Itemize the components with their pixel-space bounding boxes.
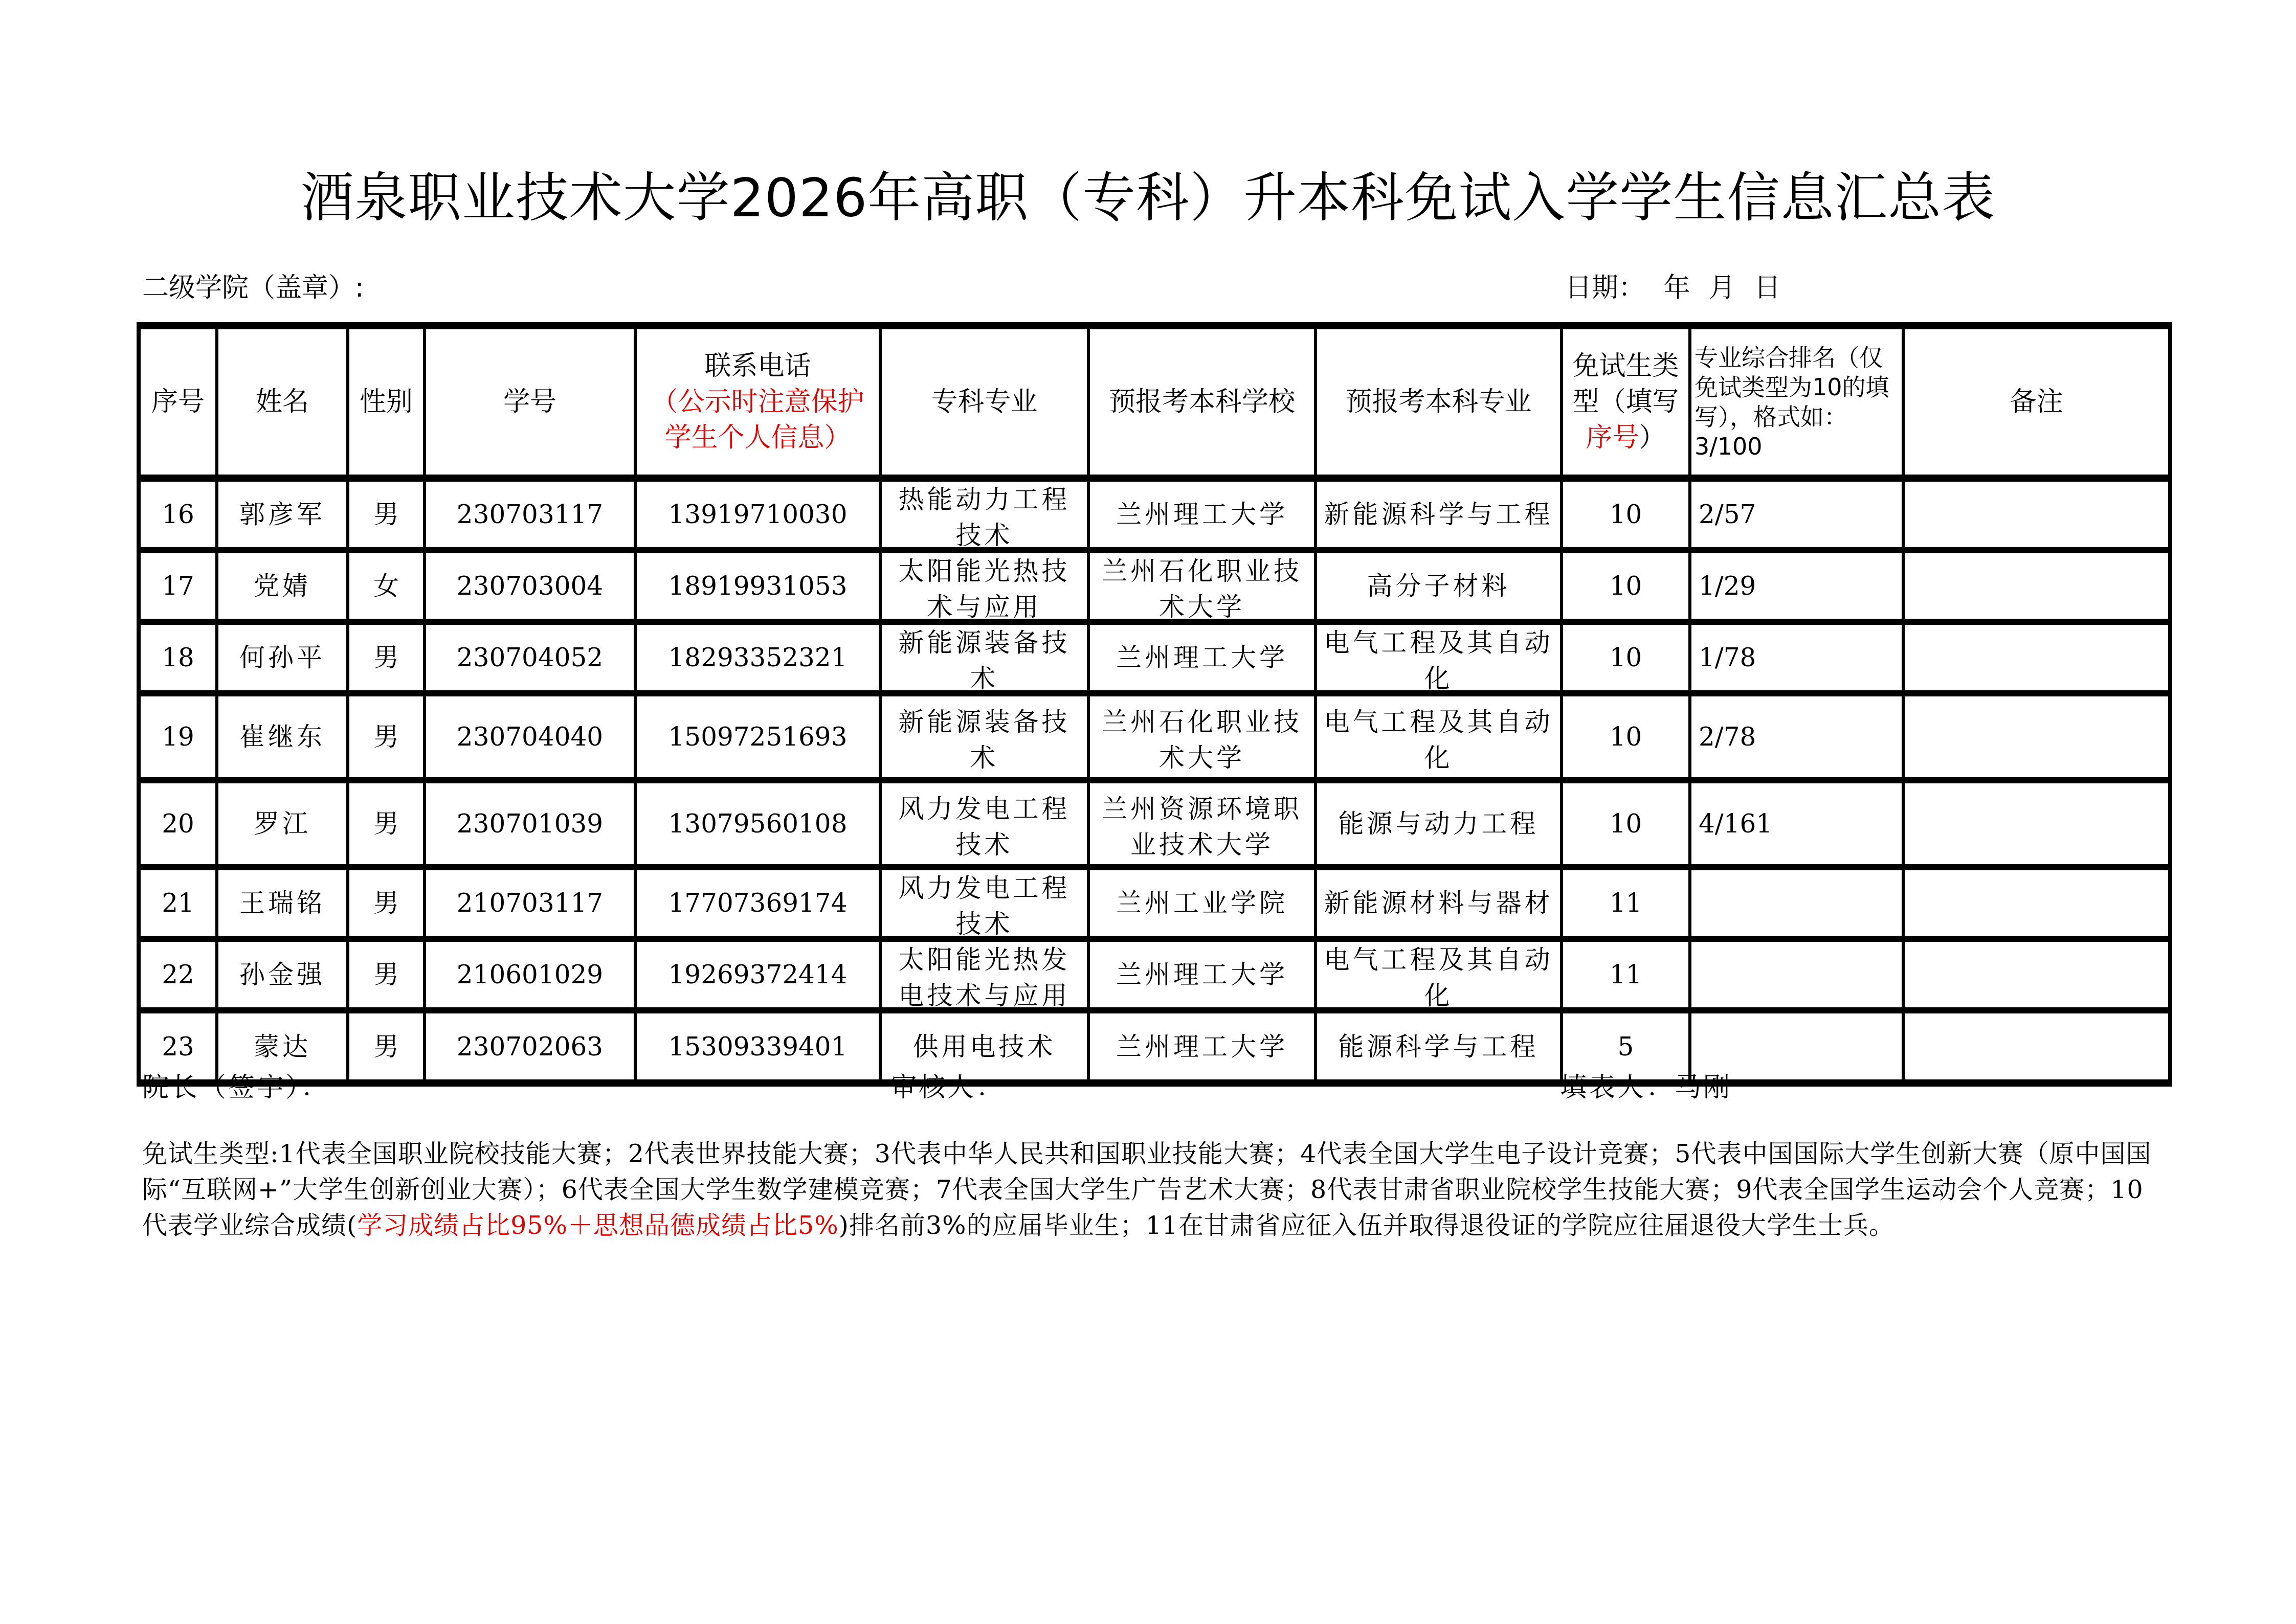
- table-row: 22 孙金强 男 210601029 19269372414 太阳能光热发电技术…: [139, 939, 2170, 1010]
- cell-major: 风力发电工程技术: [880, 867, 1088, 939]
- college-seal-label: 二级学院（盖章）:: [142, 270, 364, 306]
- cell-phone: 15309339401: [635, 1010, 880, 1083]
- cell-target-school: 兰州工业学院: [1088, 867, 1316, 939]
- cell-target-major: 高分子材料: [1316, 550, 1562, 622]
- cell-target-major: 能源与动力工程: [1316, 780, 1562, 867]
- cell-remarks: [1903, 622, 2170, 693]
- cell-gender: 男: [348, 780, 425, 867]
- header-ranking: 专业综合排名（仅免试类型为10的填写），格式如：3/100: [1690, 326, 1903, 478]
- cell-target-school: 兰州理工大学: [1088, 478, 1316, 550]
- cell-remarks: [1903, 550, 2170, 622]
- student-info-table: 序号 姓名 性别 学号 联系电话 （公示时注意保护学生个人信息） 专科专业 预报…: [137, 322, 2172, 1087]
- cell-target-major: 电气工程及其自动化: [1316, 693, 1562, 780]
- cell-target-school: 兰州资源环境职业技术大学: [1088, 780, 1316, 867]
- cell-target-major: 新能源科学与工程: [1316, 478, 1562, 550]
- cell-remarks: [1903, 867, 2170, 939]
- cell-seq: 21: [139, 867, 217, 939]
- header-exempt-type: 免试生类型（填写序号）: [1562, 326, 1690, 478]
- header-phone-label: 联系电话: [640, 348, 876, 384]
- cell-gender: 男: [348, 622, 425, 693]
- cell-student-id: 230704052: [425, 622, 635, 693]
- cell-student-id: 210601029: [425, 939, 635, 1010]
- header-exempt-type-label: 免试生类型（填写: [1572, 351, 1679, 417]
- header-major: 专科专业: [880, 326, 1088, 478]
- cell-gender: 女: [348, 550, 425, 622]
- header-phone: 联系电话 （公示时注意保护学生个人信息）: [635, 326, 880, 478]
- cell-major: 太阳能光热发电技术与应用: [880, 939, 1088, 1010]
- cell-exempt-type: 10: [1562, 478, 1690, 550]
- header-exempt-type-close: ）: [1639, 422, 1666, 453]
- cell-ranking: 1/29: [1690, 550, 1903, 622]
- header-name: 姓名: [217, 326, 348, 478]
- table-row: 23 蒙达 男 230702063 15309339401 供用电技术 兰州理工…: [139, 1010, 2170, 1083]
- cell-phone: 15097251693: [635, 693, 880, 780]
- cell-student-id: 230703004: [425, 550, 635, 622]
- cell-target-school: 兰州石化职业技术大学: [1088, 693, 1316, 780]
- cell-student-id: 230702063: [425, 1010, 635, 1083]
- cell-ranking: 1/78: [1690, 622, 1903, 693]
- cell-exempt-type: 10: [1562, 693, 1690, 780]
- cell-name: 孙金强: [217, 939, 348, 1010]
- table-row: 16 郭彦军 男 230703117 13919710030 热能动力工程技术 …: [139, 478, 2170, 550]
- page-title: 酒泉职业技术大学2026年高职（专科）升本科免试入学学生信息汇总表: [0, 165, 2296, 231]
- notes-highlight: 学习成绩占比95%＋思想品德成绩占比5%: [357, 1211, 839, 1240]
- cell-seq: 17: [139, 550, 217, 622]
- cell-target-major: 电气工程及其自动化: [1316, 939, 1562, 1010]
- cell-gender: 男: [348, 693, 425, 780]
- cell-phone: 17707369174: [635, 867, 880, 939]
- cell-phone: 18293352321: [635, 622, 880, 693]
- header-gender: 性别: [348, 326, 425, 478]
- cell-remarks: [1903, 1010, 2170, 1083]
- exemption-type-notes: 免试生类型:1代表全国职业院校技能大赛；2代表世界技能大赛；3代表中华人民共和国…: [142, 1136, 2168, 1244]
- cell-exempt-type: 10: [1562, 780, 1690, 867]
- header-remarks: 备注: [1903, 326, 2170, 478]
- cell-major: 新能源装备技术: [880, 693, 1088, 780]
- reviewer-label: 审核人：: [890, 1070, 1005, 1106]
- table-row: 18 何孙平 男 230704052 18293352321 新能源装备技术 兰…: [139, 622, 2170, 693]
- cell-target-school: 兰州理工大学: [1088, 1010, 1316, 1083]
- header-student-id: 学号: [425, 326, 635, 478]
- cell-ranking: 2/78: [1690, 693, 1903, 780]
- cell-seq: 18: [139, 622, 217, 693]
- cell-seq: 19: [139, 693, 217, 780]
- cell-target-school: 兰州石化职业技术大学: [1088, 550, 1316, 622]
- cell-student-id: 210703117: [425, 867, 635, 939]
- cell-exempt-type: 10: [1562, 622, 1690, 693]
- cell-exempt-type: 11: [1562, 939, 1690, 1010]
- cell-name: 党婧: [217, 550, 348, 622]
- dean-signature-label: 院长（签字）：: [142, 1070, 329, 1106]
- cell-remarks: [1903, 780, 2170, 867]
- cell-target-major: 能源科学与工程: [1316, 1010, 1562, 1083]
- notes-text-part2: )排名前3%的应届毕业生；11在甘肃省应征入伍并取得退役证的学院应往届退役大学生…: [839, 1211, 1894, 1240]
- cell-student-id: 230704040: [425, 693, 635, 780]
- cell-student-id: 230701039: [425, 780, 635, 867]
- cell-name: 郭彦军: [217, 478, 348, 550]
- cell-phone: 13079560108: [635, 780, 880, 867]
- cell-target-major: 新能源材料与器材: [1316, 867, 1562, 939]
- cell-exempt-type: 10: [1562, 550, 1690, 622]
- cell-ranking: 4/161: [1690, 780, 1903, 867]
- cell-seq: 20: [139, 780, 217, 867]
- cell-remarks: [1903, 693, 2170, 780]
- cell-target-school: 兰州理工大学: [1088, 622, 1316, 693]
- cell-ranking: [1690, 867, 1903, 939]
- cell-phone: 18919931053: [635, 550, 880, 622]
- cell-seq: 16: [139, 478, 217, 550]
- cell-target-school: 兰州理工大学: [1088, 939, 1316, 1010]
- cell-gender: 男: [348, 1010, 425, 1083]
- header-seq: 序号: [139, 326, 217, 478]
- cell-major: 太阳能光热技术与应用: [880, 550, 1088, 622]
- cell-student-id: 230703117: [425, 478, 635, 550]
- table-row: 20 罗江 男 230701039 13079560108 风力发电工程技术 兰…: [139, 780, 2170, 867]
- cell-target-major: 电气工程及其自动化: [1316, 622, 1562, 693]
- table-header-row: 序号 姓名 性别 学号 联系电话 （公示时注意保护学生个人信息） 专科专业 预报…: [139, 326, 2170, 478]
- filler-label: 填表人：马刚: [1560, 1070, 1732, 1106]
- cell-remarks: [1903, 478, 2170, 550]
- cell-major: 热能动力工程技术: [880, 478, 1088, 550]
- header-target-major: 预报考本科专业: [1316, 326, 1562, 478]
- cell-ranking: 2/57: [1690, 478, 1903, 550]
- header-exempt-type-note: 序号: [1586, 422, 1639, 453]
- cell-gender: 男: [348, 867, 425, 939]
- cell-name: 罗江: [217, 780, 348, 867]
- header-target-school: 预报考本科学校: [1088, 326, 1316, 478]
- cell-seq: 22: [139, 939, 217, 1010]
- cell-name: 王瑞铭: [217, 867, 348, 939]
- header-ranking-label: 专业综合排名（仅免试类型为10的填写），格式如：3/100: [1695, 343, 1899, 461]
- cell-phone: 13919710030: [635, 478, 880, 550]
- cell-phone: 19269372414: [635, 939, 880, 1010]
- cell-major: 新能源装备技术: [880, 622, 1088, 693]
- cell-gender: 男: [348, 478, 425, 550]
- cell-gender: 男: [348, 939, 425, 1010]
- cell-name: 崔继东: [217, 693, 348, 780]
- date-label: 日期： 年 月 日: [1565, 270, 1781, 306]
- table-row: 21 王瑞铭 男 210703117 17707369174 风力发电工程技术 …: [139, 867, 2170, 939]
- cell-remarks: [1903, 939, 2170, 1010]
- cell-major: 风力发电工程技术: [880, 780, 1088, 867]
- cell-ranking: [1690, 939, 1903, 1010]
- table-row: 17 党婧 女 230703004 18919931053 太阳能光热技术与应用…: [139, 550, 2170, 622]
- cell-name: 何孙平: [217, 622, 348, 693]
- table-row: 19 崔继东 男 230704040 15097251693 新能源装备技术 兰…: [139, 693, 2170, 780]
- cell-exempt-type: 11: [1562, 867, 1690, 939]
- header-phone-privacy-note: （公示时注意保护学生个人信息）: [640, 384, 876, 456]
